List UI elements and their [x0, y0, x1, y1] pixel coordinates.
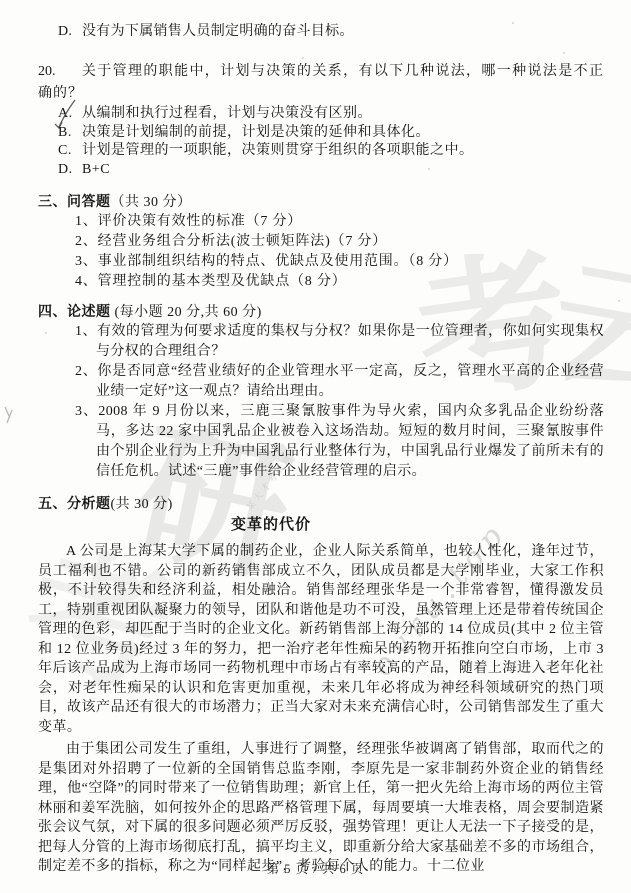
question-number: 20.: [38, 64, 56, 79]
option-text: B+C: [82, 162, 110, 177]
section-title: 五、分析题: [38, 497, 111, 512]
question19-option-d: D.没有为下属销售人员制定明确的奋斗目标。: [58, 22, 604, 41]
case-paragraph: A 公司是上海某大学下属的制药企业，企业人际关系简单，也较人性化，逢年过节，员工…: [38, 542, 604, 737]
option-text: 从编制和执行过程看，计划与决策没有区别。: [82, 106, 372, 121]
section-heading-essay: 四、论述题 (每小题 20 分,共 60 分): [38, 303, 604, 322]
pencil-margin-mark: [1, 403, 17, 433]
section-points: （共 30 分）: [111, 195, 192, 210]
option-letter: D.: [58, 22, 82, 41]
question-20: 20.关于管理的职能中，计划与决策的关系，有以下几种说法，哪一种说法是不正确的？: [38, 61, 604, 104]
case-paragraph: 由于集团公司发生了重组，人事进行了调整，经理张华被调离了销售部，取而代之的是集团…: [38, 740, 604, 877]
essay-item: 1、有效的管理为何要求适度的集权与分权？如果你是一位管理者，你如何实现集权与分权…: [75, 322, 604, 362]
qa-item: 3、事业部制组织结构的特点、优缺点及使用范围。（8 分）: [75, 252, 604, 272]
section-points: (共 30 分): [111, 497, 173, 512]
option-letter: B.: [58, 124, 82, 143]
option-a: A. 从编制和执行过程看，计划与决策没有区别。: [58, 105, 604, 124]
option-c: C.计划是管理的一项职能，决策则贯穿于组织的各项职能之中。: [58, 142, 604, 161]
page-number-footer: 第 5 页 / 共 6 页: [0, 859, 631, 877]
section-title: 三、问答题: [38, 195, 111, 210]
qa-item: 2、经营业务组合分析法(波士顿矩阵法)（7 分）: [75, 232, 604, 252]
section-points: (每小题 20 分,共 60 分): [111, 305, 262, 320]
scan-speck: [618, 300, 620, 302]
question-text: 关于管理的职能中，计划与决策的关系，有以下几种说法，哪一种说法是不正确的？: [38, 64, 604, 101]
option-text: 计划是管理的一项职能，决策则贯穿于组织的各项职能之中。: [82, 143, 474, 158]
question-20-options: A. 从编制和执行过程看，计划与决策没有区别。 B.决策是计划编制的前提，计划是…: [38, 105, 604, 179]
page-content: D.没有为下属销售人员制定明确的奋斗目标。 20.关于管理的职能中，计划与决策的…: [38, 22, 604, 877]
option-letter: A.: [58, 105, 82, 124]
scanned-exam-page: 研 考 云 考 ovru.top 某大才考研网 D.没有为下属销售人员制定明确的…: [0, 0, 631, 893]
essay-item: 3、2008 年 9 月份以来，三鹿三聚氰胺事件为导火索，国内众多乳品企业纷纷落…: [75, 402, 604, 482]
qa-item: 4、管理控制的基本类型及优缺点（8 分）: [75, 272, 604, 292]
option-text: 决策是计划编制的前提，计划是决策的延伸和具体化。: [82, 125, 430, 140]
section-title: 四、论述题: [38, 305, 111, 320]
case-title: 变革的代价: [38, 515, 604, 535]
qa-item: 1、评价决策有效性的标准（7 分）: [75, 212, 604, 232]
essay-item: 2、你是否同意“经营业绩好的企业管理水平一定高，反之，管理水平高的企业经营业绩一…: [75, 362, 604, 402]
option-letter: C.: [58, 142, 82, 161]
section-heading-qa: 三、问答题（共 30 分）: [38, 193, 604, 212]
option-d: D.B+C: [58, 161, 604, 180]
section-heading-analysis: 五、分析题(共 30 分): [38, 495, 604, 514]
option-letter: D.: [58, 161, 82, 180]
option-b: B.决策是计划编制的前提，计划是决策的延伸和具体化。: [58, 124, 604, 143]
option-text: 没有为下属销售人员制定明确的奋斗目标。: [82, 24, 354, 39]
